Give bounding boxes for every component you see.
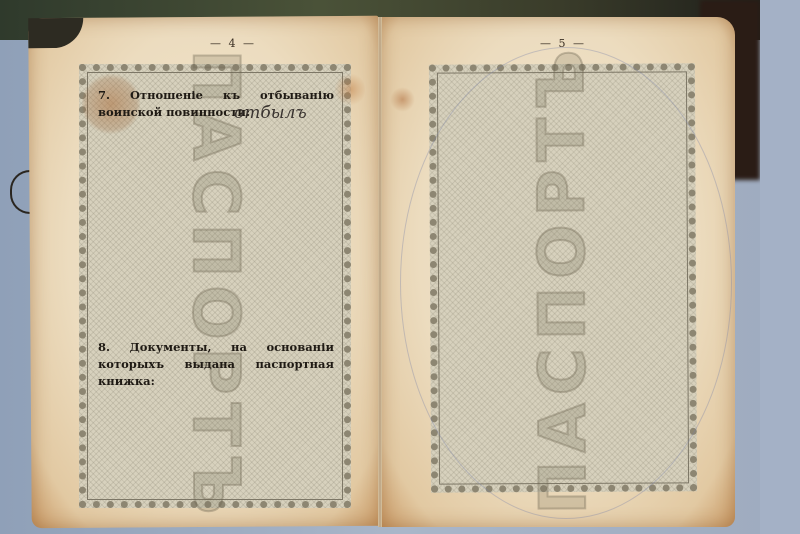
torn-corner — [28, 18, 83, 48]
left-guilloche-panel: ПАСПОРТЪ 7. Отношеніе къ отбыванію воинс… — [79, 64, 351, 508]
field-documents-label: 8. Документы, на основаніи которыхъ выда… — [98, 339, 334, 390]
background-surface — [760, 0, 800, 534]
stain — [390, 87, 415, 112]
field-military-service-value: отбылъ — [234, 103, 307, 123]
page-number-left: — 4 — — [210, 37, 256, 50]
pencil-mark — [400, 47, 732, 519]
book-spine — [378, 17, 382, 527]
stain — [335, 72, 365, 107]
passport-book: — 4 — — 5 — ПАСПОРТЪ 7. Отношеніе къ отб… — [30, 17, 735, 529]
